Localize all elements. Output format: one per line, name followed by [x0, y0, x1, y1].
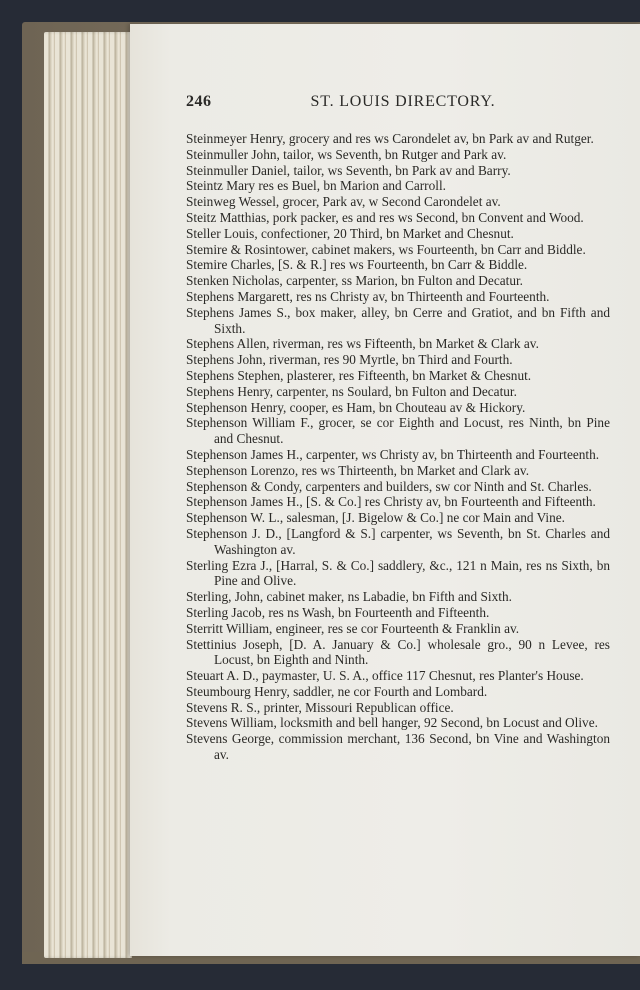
directory-entry: Stephens James S., box maker, alley, bn …	[186, 305, 610, 337]
directory-entry: Stephens Stephen, plasterer, res Fifteen…	[186, 368, 610, 384]
directory-entry: Steumbourg Henry, saddler, ne cor Fourth…	[186, 684, 610, 700]
page-edges	[44, 32, 132, 958]
directory-entry: Steintz Mary res es Buel, bn Marion and …	[186, 178, 610, 194]
directory-entry: Stephenson Henry, cooper, es Ham, bn Cho…	[186, 400, 610, 416]
directory-entry: Stevens R. S., printer, Missouri Republi…	[186, 700, 610, 716]
directory-entry: Stephens Margarett, res ns Christy av, b…	[186, 289, 610, 305]
directory-entry: Steinmeyer Henry, grocery and res ws Car…	[186, 131, 610, 147]
directory-entry: Stephenson & Condy, carpenters and build…	[186, 479, 610, 495]
directory-entry: Stemire & Rosintower, cabinet makers, ws…	[186, 242, 610, 258]
directory-entry: Steinmuller Daniel, tailor, ws Seventh, …	[186, 163, 610, 179]
directory-entry: Stemire Charles, [S. & R.] res ws Fourte…	[186, 257, 610, 273]
directory-entry: Stephenson Lorenzo, res ws Thirteenth, b…	[186, 463, 610, 479]
directory-entries: Steinmeyer Henry, grocery and res ws Car…	[186, 131, 610, 763]
directory-entry: Stettinius Joseph, [D. A. January & Co.]…	[186, 637, 610, 669]
running-head: ST. LOUIS DIRECTORY.	[186, 93, 606, 111]
directory-entry: Stephens John, riverman, res 90 Myrtle, …	[186, 352, 610, 368]
directory-entry: Stephenson James H., [S. & Co.] res Chri…	[186, 494, 610, 510]
directory-entry: Steitz Matthias, pork packer, es and res…	[186, 210, 610, 226]
directory-entry: Sterritt William, engineer, res se cor F…	[186, 621, 610, 637]
directory-entry: Stephenson J. D., [Langford & S.] carpen…	[186, 526, 610, 558]
page-header: 246 ST. LOUIS DIRECTORY.	[186, 93, 606, 113]
directory-entry: Stephenson James H., carpenter, ws Chris…	[186, 447, 610, 463]
directory-entry: Stephenson W. L., salesman, [J. Bigelow …	[186, 510, 610, 526]
directory-entry: Steller Louis, confectioner, 20 Third, b…	[186, 226, 610, 242]
directory-entry: Sterling Ezra J., [Harral, S. & Co.] sad…	[186, 558, 610, 590]
directory-entry: Stephens Allen, riverman, res ws Fifteen…	[186, 336, 610, 352]
directory-entry: Stevens William, locksmith and bell hang…	[186, 715, 610, 731]
directory-entry: Stephenson William F., grocer, se cor Ei…	[186, 415, 610, 447]
directory-entry: Steuart A. D., paymaster, U. S. A., offi…	[186, 668, 610, 684]
directory-entry: Stephens Henry, carpenter, ns Soulard, b…	[186, 384, 610, 400]
directory-entry: Stenken Nicholas, carpenter, ss Marion, …	[186, 273, 610, 289]
directory-entry: Sterling, John, cabinet maker, ns Labadi…	[186, 589, 610, 605]
directory-entry: Stevens George, commission merchant, 136…	[186, 731, 610, 763]
directory-entry: Steinmuller John, tailor, ws Seventh, bn…	[186, 147, 610, 163]
directory-entry: Sterling Jacob, res ns Wash, bn Fourteen…	[186, 605, 610, 621]
directory-entry: Steinweg Wessel, grocer, Park av, w Seco…	[186, 194, 610, 210]
